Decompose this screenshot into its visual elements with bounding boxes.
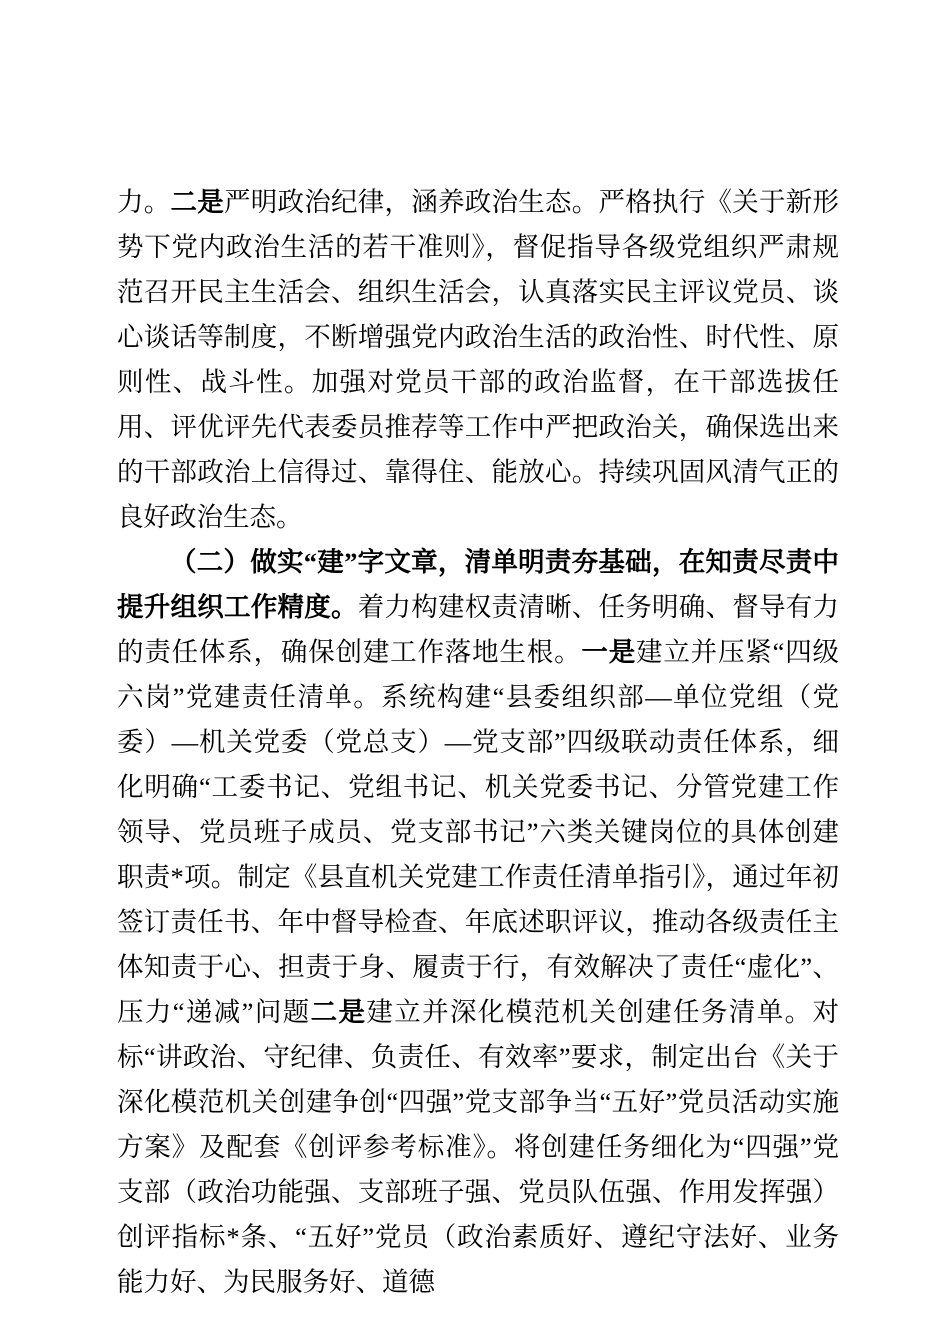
document-body: 力。二是严明政治纪律，涵养政治生态。严格执行《关于新形势下党内政治生活的若干准则… [117,180,839,1305]
text-run: 建立并深化模范机关创建任务清单。对标“讲政治、守纪律、负责任、有效率”要求，制定… [117,997,839,1297]
text-run-bold: 一是 [581,637,636,667]
document-page: 力。二是严明政治纪律，涵养政治生态。严格执行《关于新形势下党内政治生活的若干准则… [0,0,950,1344]
paragraph-continuation-section-1: 力。二是严明政治纪律，涵养政治生态。严格执行《关于新形势下党内政治生活的若干准则… [117,180,839,540]
text-run: 建立并压紧“四级六岗”党建责任清单。系统构建“县委组织部—单位党组（党委）—机关… [117,637,839,1027]
text-run-bold: 二是 [171,187,225,217]
paragraph-section-2: （二）做实“建”字文章，清单明责夯基础，在知责尽责中提升组织工作精度。着力构建权… [117,540,839,1305]
text-run-bold: 二是 [311,997,367,1027]
text-run: 力。 [117,187,171,217]
text-run: 严明政治纪律，涵养政治生态。严格执行《关于新形势下党内政治生活的若干准则》，督促… [117,187,839,532]
